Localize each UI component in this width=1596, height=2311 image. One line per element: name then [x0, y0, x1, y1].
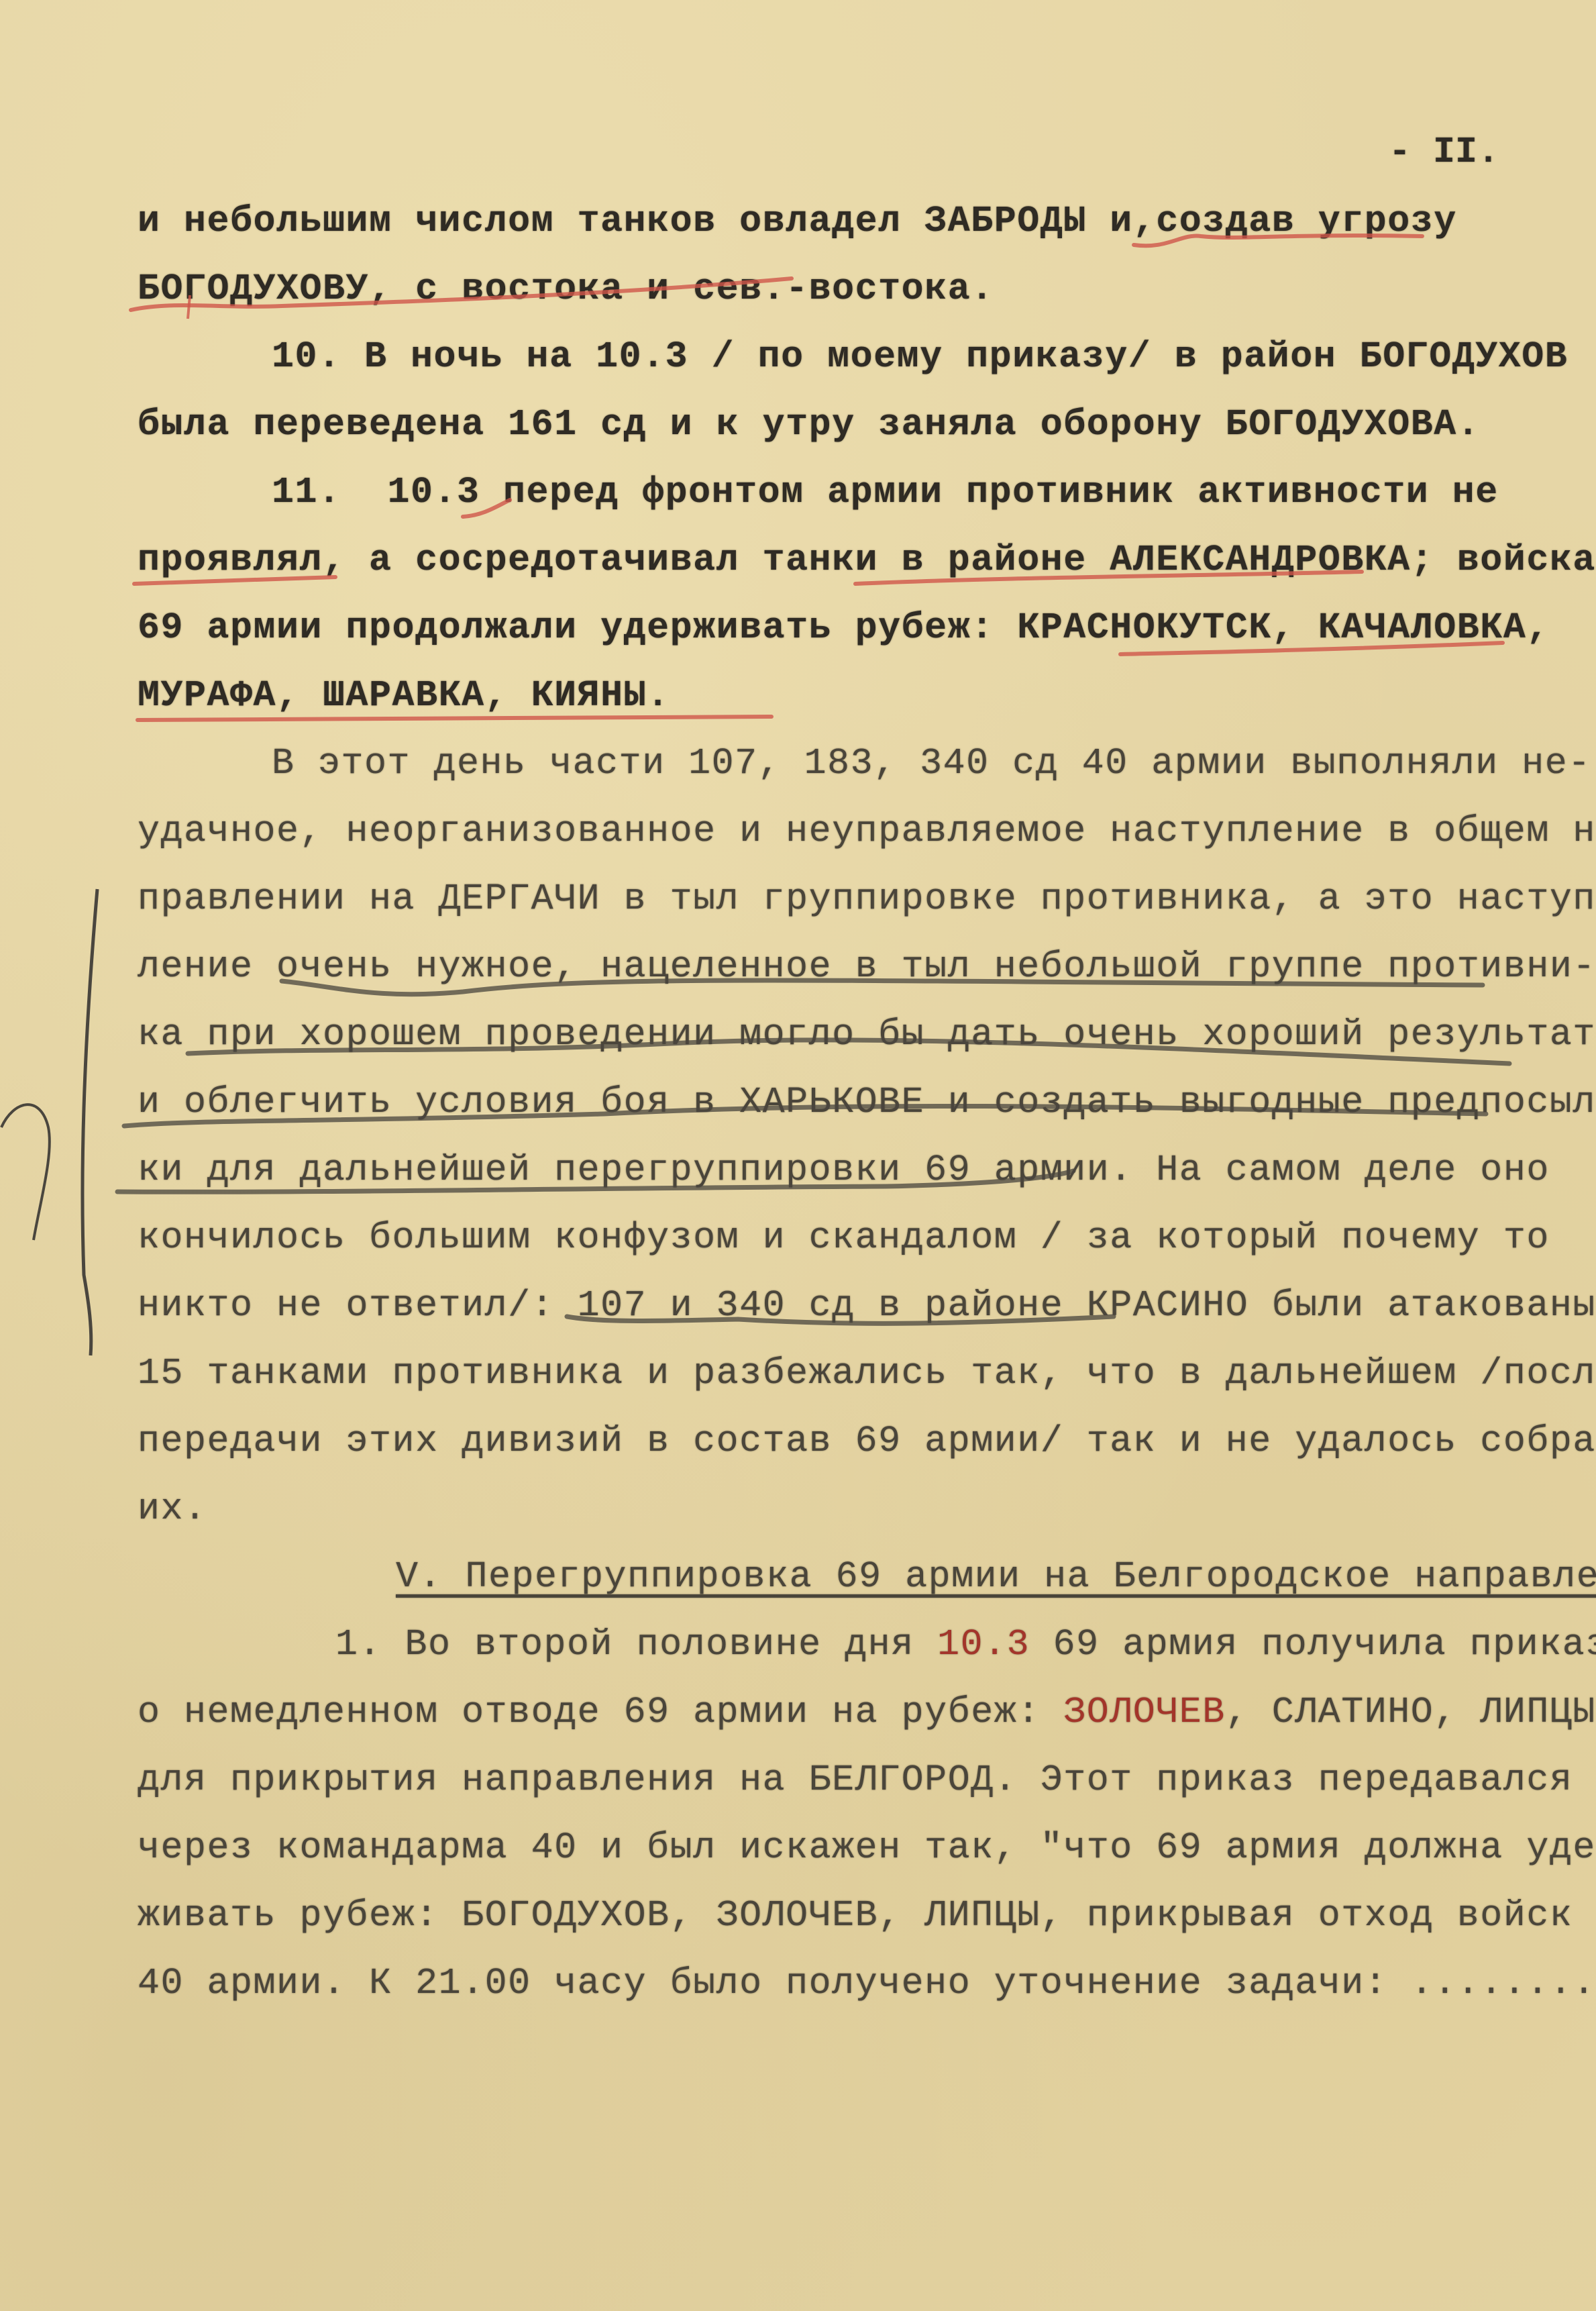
text-line: и облегчить условия боя в ХАРЬКОВЕ и соз… — [138, 1079, 1596, 1126]
text-line: ки для дальнейшей перегруппировки 69 арм… — [138, 1147, 1550, 1194]
text-line: живать рубеж: БОГОДУХОВ, ЗОЛОЧЕВ, ЛИПЦЫ,… — [138, 1892, 1573, 1939]
paragraph-line: 1. Во второй половине дня 10.3 69 армия … — [335, 1621, 1596, 1668]
text-line: удачное, неорганизованное и неуправляемо… — [138, 808, 1596, 855]
text-segment: о немедленном отводе 69 армии на рубеж: — [138, 1691, 1063, 1733]
paragraph-line: В этот день части 107, 183, 340 сд 40 ар… — [272, 740, 1591, 787]
text-line: 15 танками противника и разбежались так,… — [138, 1350, 1596, 1397]
red-place-name: ЗОЛОЧЕВ — [1063, 1691, 1226, 1733]
text-line: передачи этих дивизий в состав 69 армии/… — [138, 1418, 1596, 1465]
red-date: 10.3 — [937, 1623, 1030, 1665]
text-line: их. — [138, 1486, 207, 1533]
text-line: о немедленном отводе 69 армии на рубеж: … — [138, 1689, 1596, 1736]
text-line: и небольшим числом танков овладел ЗАБРОД… — [138, 198, 1457, 245]
text-line: 69 армии продолжали удерживать рубеж: КР… — [138, 605, 1550, 652]
text-line: 40 армии. К 21.00 часу было получено уто… — [138, 1960, 1596, 2007]
paragraph-10-line: 10. В ночь на 10.3 / по моему приказу/ в… — [272, 333, 1568, 380]
section-heading: V. Перегруппировка 69 армии на Белгородс… — [396, 1553, 1596, 1600]
text-line: ление очень нужное, нацеленное в тыл неб… — [138, 943, 1596, 990]
text-line: кончилось большим конфузом и скандалом /… — [138, 1215, 1550, 1262]
text-line: через командарма 40 и был искажен так, "… — [138, 1825, 1596, 1871]
text-line: МУРАФА, ШАРАВКА, КИЯНЫ. — [138, 672, 670, 719]
text-segment: , СЛАТИНО, ЛИПЦЫ — [1226, 1691, 1596, 1733]
text-line: для прикрытия направления на БЕЛГОРОД. Э… — [138, 1757, 1573, 1804]
text-line: была переведена 161 сд и к утру заняла о… — [138, 401, 1480, 448]
text-line: проявлял, а сосредотачивал танки в район… — [138, 537, 1596, 584]
text-line: ка при хорошем проведении могло бы дать … — [138, 1011, 1596, 1058]
text-segment: 69 армия получила приказ — [1030, 1623, 1596, 1665]
margin-question-mark — [1, 1105, 50, 1240]
margin-bracket-line — [83, 889, 97, 1355]
paragraph-11-line: 11. 10.3 перед фронтом армии противник а… — [272, 469, 1499, 516]
page-number: - II. — [1389, 131, 1499, 173]
text-line: БОГОДУХОВУ, с востока и сев.-востока. — [138, 266, 994, 313]
text-line: правлении на ДЕРГАЧИ в тыл группировке п… — [138, 876, 1596, 923]
text-segment: 1. Во второй половине дня — [335, 1623, 937, 1665]
text-line: никто не ответил/: 107 и 340 сд в районе… — [138, 1282, 1596, 1329]
document-page: - II. и небольшим числом танков овладел … — [0, 0, 1596, 2311]
